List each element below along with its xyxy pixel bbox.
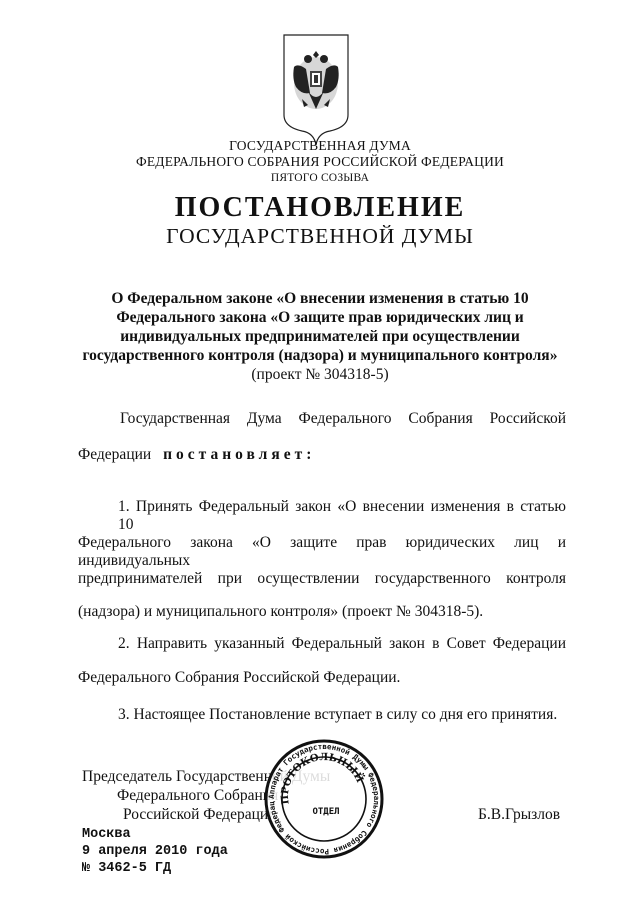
subject-line: О Федеральном законе «О внесении изменен… [0,289,640,308]
document-subject: О Федеральном законе «О внесении изменен… [0,289,640,384]
preamble-line-2: Федерации постановляет: [78,446,566,464]
footer-date: 9 апреля 2010 года [82,843,228,860]
subject-line: Федерального закона «О защите прав юриди… [0,308,640,327]
preamble-text: Федерации [78,446,151,463]
subject-line: индивидуальных предпринимателей при осущ… [0,327,640,346]
resolves-verb: постановляет: [163,446,315,463]
official-stamp-icon: Аппарат Государственной Думы Федеральног… [263,738,385,860]
stamp-center-text: ОТДЕЛ [312,807,339,817]
item-1-line: Федерального закона «О защите прав юриди… [78,534,566,570]
item-2-line: 2. Направить указанный Федеральный закон… [118,635,566,653]
item-1-line: (надзора) и муниципального контроля» (пр… [78,603,566,621]
footer-city: Москва [82,826,228,843]
item-2-line: Федерального Собрания Российской Федерац… [78,669,566,687]
preamble-line: Государственная Дума Федерального Собран… [120,410,566,428]
signatory-position-line: Российской Федерации [123,806,276,824]
document-subtitle: ГОСУДАРСТВЕННОЙ ДУМЫ [0,224,640,249]
footer-block: Москва 9 апреля 2010 года № 3462-5 ГД [82,826,228,877]
item-1-line: 1. Принять Федеральный закон «О внесении… [118,498,566,534]
coat-of-arms-icon [280,33,352,145]
header-assembly: ФЕДЕРАЛЬНОГО СОБРАНИЯ РОССИЙСКОЙ ФЕДЕРАЦ… [0,154,640,170]
item-3-line: 3. Настоящее Постановление вступает в си… [118,706,578,724]
header-convocation: ПЯТОГО СОЗЫВА [0,170,640,186]
document-title: ПОСТАНОВЛЕНИЕ [0,192,640,224]
signatory-name: Б.В.Грызлов [478,806,560,824]
item-1-line: предпринимателей при осуществлении госуд… [78,570,566,588]
subject-line: государственного контроля (надзора) и му… [0,346,640,365]
footer-number: № 3462-5 ГД [82,860,228,877]
project-number: (проект № 304318-5) [0,365,640,384]
header-organization: ГОСУДАРСТВЕННАЯ ДУМА [0,138,640,154]
signatory-position-line: Федерального Собрания [117,787,278,805]
